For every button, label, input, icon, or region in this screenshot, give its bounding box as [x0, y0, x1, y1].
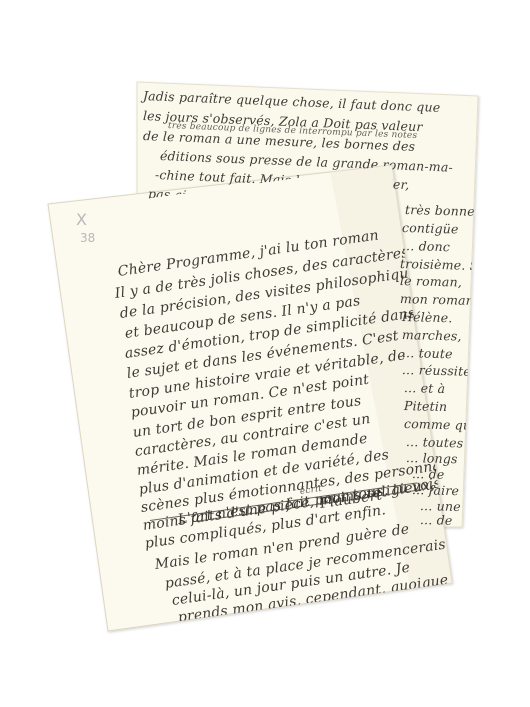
- manuscript-photo: Jadis paraître quelque chose, il faut do…: [0, 0, 530, 707]
- pencil-mark-x: X: [76, 210, 87, 229]
- back-right-line: ... donc: [402, 238, 450, 254]
- back-right-line: très bonnes: [405, 202, 482, 219]
- pencil-page-number: 38: [80, 231, 95, 245]
- back-right-line: contigüe: [402, 220, 459, 236]
